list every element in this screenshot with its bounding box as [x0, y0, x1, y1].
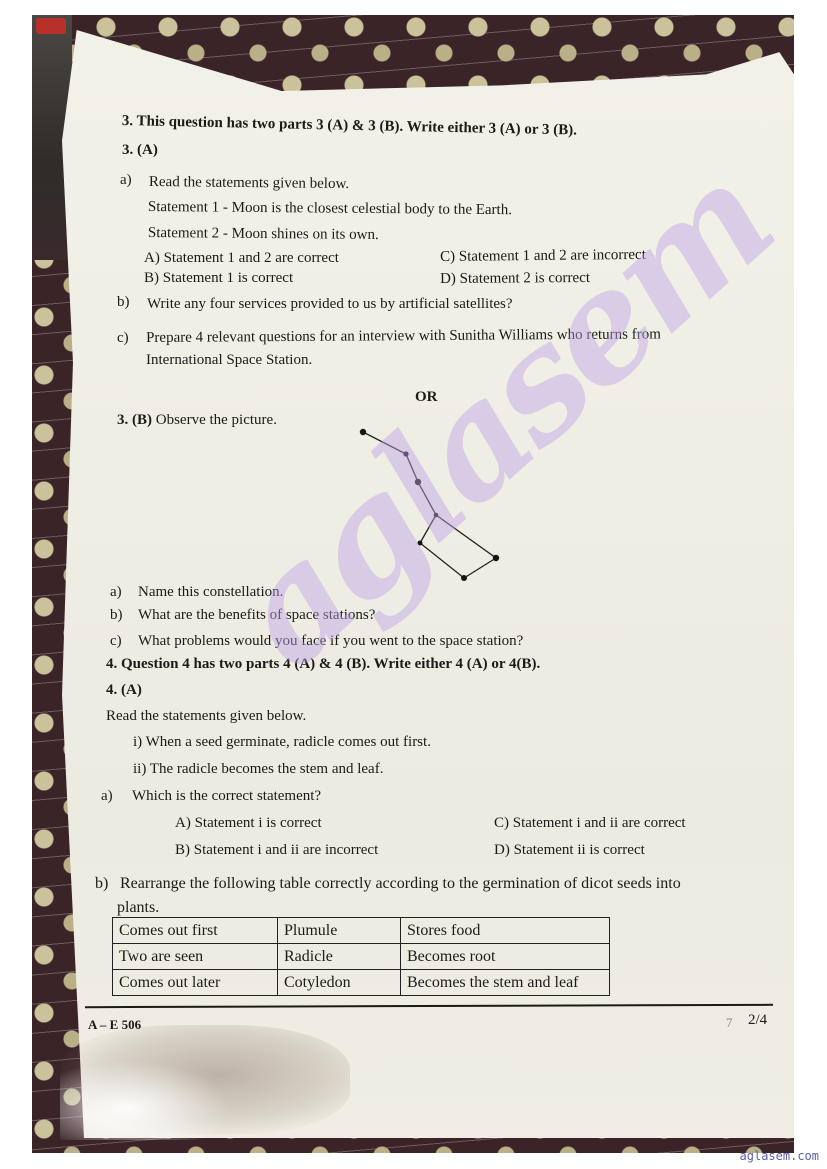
- q3b-c-text: What problems would you face if you went…: [138, 633, 523, 650]
- table-cell: Stores food: [401, 918, 610, 944]
- q4a-a-text: Which is the correct statement?: [132, 788, 321, 805]
- table-cell: Becomes the stem and leaf: [401, 970, 610, 996]
- q4a-option-d: D) Statement ii is correct: [494, 842, 645, 859]
- q4-instruction: 4. Question 4 has two parts 4 (A) & 4 (B…: [106, 656, 540, 673]
- q4a-option-a: A) Statement i is correct: [175, 815, 322, 832]
- table-row: Comes out later Cotyledon Becomes the st…: [113, 970, 610, 996]
- germination-table: Comes out first Plumule Stores food Two …: [112, 917, 610, 996]
- table-cell: Becomes root: [401, 944, 610, 970]
- table-cell: Comes out first: [113, 918, 278, 944]
- faint-mark: 7: [726, 1015, 733, 1031]
- q4a-prompt: Read the statements given below.: [106, 708, 306, 725]
- q4a-b-line2: plants.: [117, 899, 159, 917]
- q4a-option-b: B) Statement i and ii are incorrect: [175, 842, 378, 859]
- q4a-option-c: C) Statement i and ii are correct: [494, 815, 686, 832]
- table-cell: Radicle: [278, 944, 401, 970]
- table-row: Two are seen Radicle Becomes root: [113, 944, 610, 970]
- source-url: aglasem.com: [740, 1149, 819, 1163]
- paper-code: A – E 506: [88, 1017, 141, 1033]
- table-cell: Two are seen: [113, 944, 278, 970]
- q3b-b-marker: b): [110, 607, 123, 624]
- q4a-b-line1: Rearrange the following table correctly …: [120, 875, 681, 893]
- q4a-label: 4. (A): [106, 682, 142, 699]
- q3b-a-text: Name this constellation.: [138, 584, 283, 601]
- light-glare: [60, 1060, 230, 1140]
- q3b-b-text: What are the benefits of space stations?: [138, 607, 375, 624]
- q4a-b-marker: b): [95, 875, 108, 893]
- q4a-statement-i: i) When a seed germinate, radicle comes …: [133, 734, 431, 751]
- q4a-a-marker: a): [101, 788, 113, 805]
- q4a-statement-ii: ii) The radicle becomes the stem and lea…: [133, 761, 383, 778]
- table-cell: Cotyledon: [278, 970, 401, 996]
- q3b-a-marker: a): [110, 584, 122, 601]
- table-cell: Comes out later: [113, 970, 278, 996]
- q3b-c-marker: c): [110, 633, 122, 650]
- table-row: Comes out first Plumule Stores food: [113, 918, 610, 944]
- table-cell: Plumule: [278, 918, 401, 944]
- page-number: 2/4: [748, 1012, 767, 1029]
